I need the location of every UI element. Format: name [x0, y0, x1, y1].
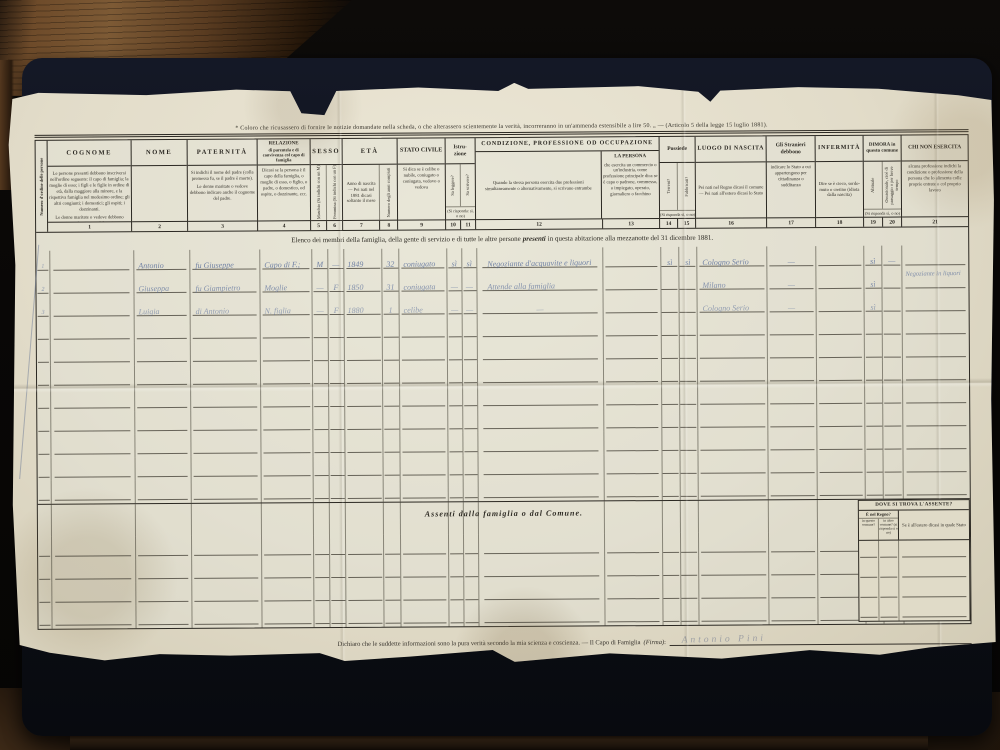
form-cell — [135, 457, 191, 480]
handwritten-entry: coniugato — [403, 260, 435, 269]
form-cell — [903, 383, 969, 406]
col-luogo-desc: Pei nati nel Regno dicasi il comune — Pe… — [696, 162, 766, 217]
form-cell — [37, 320, 51, 343]
form-cell: — — [313, 272, 329, 295]
col-dimora-header: DIMORA in questo comune Abituale Occasio… — [864, 136, 903, 227]
form-cell — [315, 558, 331, 581]
form-cell — [662, 408, 680, 431]
form-cell — [52, 536, 136, 560]
form-cell — [329, 318, 345, 341]
col-nome-header: NOME 2 — [132, 140, 189, 231]
form-cell — [818, 407, 866, 430]
col-istruzione-numbers: 10 11 — [446, 219, 475, 229]
form-cell — [51, 388, 135, 412]
absent-row — [859, 560, 969, 581]
form-cell: Negoziante d'acquavite e liquori — [477, 247, 603, 271]
col-sesso-header: SESSO Maschio (Si indichi con un M) Femm… — [311, 139, 344, 230]
form-cell — [261, 479, 314, 502]
handwritten-entry: 32 — [383, 261, 399, 269]
col-condizione-number: 12 — [476, 221, 602, 228]
form-cell — [661, 316, 679, 339]
form-cell — [38, 458, 52, 481]
form-cell — [817, 315, 865, 338]
form-cell: 1 — [383, 295, 400, 318]
form-cell — [604, 431, 662, 454]
absent-estero-label: Se è all'estero dicasi in quale Stato — [899, 510, 969, 539]
declaration-line: Dichiaro che le suddette informazioni so… — [338, 632, 972, 648]
handwritten-entry: — — [329, 261, 344, 269]
form-cell — [190, 318, 260, 341]
form-cell — [479, 533, 605, 557]
form-cell — [679, 270, 697, 293]
col-eta-anno-number: 7 — [343, 222, 379, 228]
form-cell — [262, 581, 315, 604]
form-cell — [261, 410, 314, 433]
col-istruzione-subcolumns: Sa leggere? Sa scrivere? — [446, 164, 475, 206]
form-cell: — — [882, 246, 902, 269]
handwritten-entry: Antonio — [138, 262, 163, 270]
col-eta-title: ETÀ — [343, 139, 397, 165]
col-relazione-title: RELAZIONE di parentela e di convivenza c… — [258, 139, 310, 165]
col-dimora-occasionale-number: 20 — [882, 218, 901, 227]
handwritten-entry: celibe — [404, 306, 423, 314]
form-cell — [478, 339, 604, 363]
form-cell — [191, 456, 261, 479]
handwritten-entry: M — [313, 261, 328, 269]
form-cell — [449, 580, 464, 603]
form-cell — [346, 558, 384, 581]
form-cell — [402, 603, 450, 626]
form-cell — [663, 579, 681, 602]
handwritten-entry: 31 — [383, 284, 399, 292]
form-cell — [884, 430, 904, 453]
form-cell — [191, 387, 261, 410]
form-cell: Milano — [697, 269, 768, 292]
handwritten-entry: 1 — [36, 263, 49, 271]
table-header: Numero d'ordine delle persone COGNOME Le… — [36, 135, 969, 233]
form-cell — [345, 387, 383, 410]
form-cell — [260, 364, 313, 387]
form-cell — [37, 435, 51, 458]
form-cell — [604, 362, 662, 385]
form-cell — [769, 476, 818, 499]
form-cell: 2 — [36, 274, 50, 297]
col-infermita-header: INFERMITÀ Dire se è cieco, sordo-muto o … — [816, 136, 865, 227]
form-cell — [383, 318, 400, 341]
form-cell — [463, 386, 478, 409]
col-sesso-subcolumns: Maschio (Si indichi con un M) Femmina (S… — [311, 165, 342, 220]
form-cell — [478, 431, 604, 455]
form-cell — [330, 479, 346, 502]
form-cell: 1850 — [345, 272, 383, 295]
handwritten-entry: — — [313, 307, 328, 315]
form-cell — [883, 407, 903, 430]
form-cell — [768, 338, 817, 361]
form-cell — [681, 602, 699, 625]
form-cell — [135, 365, 191, 388]
form-row — [38, 600, 970, 629]
form-cell: Capo di F.; — [260, 249, 313, 272]
form-cell — [346, 410, 384, 433]
col-stranieri-header: Gli Stranieri debbono indicare lo Stato … — [767, 136, 817, 227]
form-cell — [330, 433, 346, 456]
form-cell — [679, 293, 697, 316]
form-cell — [448, 340, 463, 363]
col-sa-scrivere-number: 11 — [460, 220, 475, 229]
form-cell — [448, 409, 463, 432]
form-cell — [51, 411, 135, 435]
form-cell: sì — [864, 246, 882, 269]
form-cell — [136, 582, 192, 605]
form-cell — [261, 433, 314, 456]
form-cell — [865, 407, 883, 430]
form-cell — [401, 557, 449, 580]
col-istruzione-note: (Si risponda: sì, o no) — [446, 206, 475, 219]
col-cognome-desc: Le persone presenti debbono inscriversi … — [48, 166, 131, 222]
handwritten-entry: coniugata — [403, 283, 435, 292]
form-cell — [135, 388, 191, 411]
col-persona-title: LA PERSONA — [603, 154, 658, 161]
form-cell — [698, 361, 769, 384]
form-cell: sì — [447, 248, 462, 271]
form-cell — [314, 456, 330, 479]
form-cell — [768, 361, 817, 384]
form-cell — [817, 384, 865, 407]
form-cell — [401, 432, 449, 455]
form-cell — [347, 604, 385, 627]
form-cell — [401, 455, 449, 478]
handwritten-entry: — — [768, 258, 816, 267]
form-cell — [315, 604, 331, 627]
form-cell — [817, 246, 865, 269]
col-sa-scrivere-label: Sa scrivere? — [465, 174, 470, 195]
presenti-title-pre: Elenco dei membri della famiglia, della … — [291, 235, 521, 244]
form-cell — [314, 410, 330, 433]
form-cell — [699, 601, 770, 624]
handwritten-entry: 1880 — [348, 307, 364, 315]
form-cell — [135, 480, 191, 503]
col-paternita-number: 3 — [188, 220, 257, 230]
form-cell — [330, 558, 346, 581]
form-cell: fu Giuseppe — [190, 249, 260, 272]
handwritten-entry: — — [768, 304, 816, 313]
col-stato-title: STATO CIVILE — [398, 138, 445, 164]
form-cell — [313, 387, 329, 410]
col-dimora-title: DIMORA in questo comune — [864, 136, 901, 162]
form-cell — [604, 339, 662, 362]
form-cell — [817, 292, 865, 315]
form-cell — [865, 361, 883, 384]
presenti-title-post: in questa abitazione alla mezzanotte del… — [548, 234, 713, 243]
col-dimora-subcolumns: Abituale Occasionale, cioè di passaggio … — [864, 162, 901, 209]
form-cell: di Antonio — [190, 295, 260, 318]
col-condizione-group-title: CONDIZIONE, PROFESSIONE OD OCCUPAZIONE — [476, 137, 659, 152]
form-cell — [904, 452, 970, 475]
form-cell — [400, 409, 448, 432]
col-nome-title: NOME — [132, 140, 187, 166]
form-cell: 31 — [383, 272, 400, 295]
form-cell: Cologno Serio — [697, 246, 768, 269]
handwritten-entry: 1849 — [348, 261, 364, 269]
handwritten-entry: F — [329, 284, 344, 292]
form-cell — [883, 269, 903, 292]
form-cell — [478, 385, 604, 409]
col-numero-label: Numero d'ordine delle persone — [39, 157, 44, 215]
col-terreni-label: Terreni? — [666, 179, 671, 194]
form-cell: — — [462, 271, 477, 294]
form-cell — [883, 292, 903, 315]
col-eta-anni-number: 8 — [380, 221, 398, 230]
form-cell — [865, 315, 883, 338]
form-cell — [383, 410, 400, 433]
form-cell: Negoziante in liquori — [903, 268, 969, 291]
form-cell — [384, 535, 401, 558]
handwritten-entry: Cologno Serio — [703, 304, 750, 313]
form-cell: — — [768, 269, 817, 292]
col-dimora-abituale-number: 19 — [864, 219, 882, 225]
handwritten-entry: — — [448, 306, 462, 314]
form-cell — [698, 430, 769, 453]
form-cell — [680, 431, 698, 454]
col-cognome-desc1: Le persone presenti debbono inscriversi … — [49, 170, 130, 212]
handwritten-entry: — — [462, 283, 476, 291]
col-relazione-header: RELAZIONE di parentela e di convivenza c… — [258, 139, 312, 230]
col-sesso-m-label: Maschio (Si indichi con un M) — [316, 166, 321, 220]
form-cell — [661, 270, 679, 293]
declaration-colon: : — [664, 639, 666, 646]
form-cell — [260, 318, 313, 341]
form-cell — [314, 433, 330, 456]
col-luogo-number: 16 — [696, 217, 766, 227]
handwritten-entry: 1 — [383, 307, 399, 315]
form-cell — [345, 318, 383, 341]
form-cell: Antonio — [134, 250, 190, 273]
form-cell — [385, 581, 402, 604]
form-cell: — — [768, 246, 817, 269]
col-eta-anni-label: Numero degli anni compiuti — [386, 167, 391, 217]
absent-location-subheader: È nel Regno? in questo comune? in altro … — [859, 510, 969, 541]
form-cell — [190, 341, 260, 364]
form-cell — [449, 534, 464, 557]
form-cell — [135, 411, 191, 434]
form-cell — [384, 479, 401, 502]
form-cell — [769, 430, 818, 453]
absent-questo-comune-label: in questo comune? — [859, 519, 879, 540]
form-cell — [883, 315, 903, 338]
col-infermita-number: 18 — [816, 217, 863, 227]
handwritten-entry: sì — [462, 260, 476, 268]
form-cell — [192, 604, 262, 627]
col-persona-number: 13 — [602, 219, 659, 228]
form-cell: 32 — [382, 249, 399, 272]
handwritten-entry: sì — [447, 260, 461, 268]
col-eta-subcolumns: Anno di nascita — Pei nati nel 1881 dica… — [343, 165, 397, 220]
wood-desk-bottom-edge — [0, 735, 1000, 750]
printed-form: * Coloro che ricusassero di fornire le n… — [34, 121, 971, 650]
handwritten-entry: — — [463, 306, 477, 314]
form-cell — [401, 478, 449, 501]
form-cell — [817, 361, 865, 384]
form-cell — [662, 385, 680, 408]
form-cell — [770, 578, 819, 601]
form-cell — [191, 433, 261, 456]
form-cell: — — [329, 249, 345, 272]
col-persona-desc: LA PERSONA che esercita un commercio o u… — [602, 151, 659, 218]
absent-location-box: DOVE SI TROVA L'ASSENTE? È nel Regno? in… — [858, 499, 971, 622]
form-cell — [770, 601, 819, 624]
form-cell — [400, 317, 448, 340]
form-cell — [51, 434, 135, 458]
form-cell — [817, 338, 865, 361]
form-cell — [450, 603, 465, 626]
absent-regno-label: È nel Regno? — [859, 511, 898, 519]
col-stato-header: STATO CIVILE Si dica se è celibe o nubil… — [398, 138, 447, 229]
form-cell: F — [329, 295, 345, 318]
form-cell — [661, 293, 679, 316]
form-cell — [331, 581, 347, 604]
form-cell — [817, 269, 865, 292]
col-condizione-desc: Quando la stessa persona esercita due pr… — [476, 151, 601, 219]
form-cell — [698, 476, 769, 499]
form-cell — [191, 479, 261, 502]
form-cell — [385, 604, 402, 627]
form-cell — [400, 363, 448, 386]
form-cell — [698, 407, 769, 430]
handwritten-entry: — — [882, 257, 901, 265]
census-table: Numero d'ordine delle persone COGNOME Le… — [35, 134, 972, 630]
form-cell — [345, 341, 383, 364]
handwritten-entry: sì — [679, 259, 696, 267]
col-paternita-desc1: Si indichi il nome del padre (colla prem… — [189, 170, 256, 182]
col-condizione-numbers: 12 13 — [476, 218, 659, 229]
form-cell — [883, 384, 903, 407]
handwritten-entry: Giuseppa — [139, 285, 170, 294]
form-cell — [135, 342, 191, 365]
col-stranieri-desc: indicare lo Stato a cui appartengono per… — [767, 162, 815, 217]
col-fabbricati-label: Fabbricati? — [684, 176, 689, 196]
form-cell: sì — [865, 269, 883, 292]
form-cell — [51, 319, 135, 343]
absent-location-title: DOVE SI TROVA L'ASSENTE? — [859, 500, 969, 511]
form-cell — [313, 341, 329, 364]
form-cell — [329, 341, 345, 364]
form-cell — [383, 341, 400, 364]
col-persona-desc-text: che esercita un commercio o un'industria… — [603, 162, 658, 198]
head-of-family-signature: Antonio Pini — [682, 634, 767, 646]
form-cell — [330, 535, 346, 558]
handwritten-entry: sì — [865, 281, 882, 289]
form-cell — [384, 456, 401, 479]
form-cell: Giuseppa — [134, 273, 190, 296]
form-cell — [663, 533, 681, 556]
form-cell: Cologno Serio — [697, 292, 768, 315]
form-cell — [605, 602, 663, 625]
form-cell — [769, 453, 818, 476]
form-cell — [464, 557, 479, 580]
declaration-firma-label: (Firma) — [644, 639, 665, 646]
form-cell — [315, 581, 331, 604]
handwritten-entry: Milano — [703, 282, 726, 290]
col-chinon-desc: alcuna professione indichi la condizione… — [902, 161, 968, 216]
form-cell: F — [329, 272, 345, 295]
handwritten-entry: sì — [661, 259, 678, 267]
handwritten-entry: 2 — [36, 286, 49, 294]
form-cell — [662, 454, 680, 477]
form-cell — [52, 480, 136, 504]
form-cell — [38, 481, 52, 504]
form-cell — [603, 293, 661, 316]
form-cell — [769, 384, 818, 407]
form-cell — [478, 408, 604, 432]
absent-row — [859, 540, 969, 561]
form-cell: Moglie — [260, 272, 313, 295]
col-cognome-header: COGNOME Le persone presenti debbono insc… — [48, 140, 133, 232]
form-cell — [699, 555, 770, 578]
absent-regno-cell: È nel Regno? in questo comune? in altro … — [859, 511, 899, 540]
form-cell — [818, 453, 866, 476]
form-cell — [448, 363, 463, 386]
form-cell — [463, 363, 478, 386]
col-chinon-number: 21 — [902, 216, 968, 226]
handwritten-entry: sì — [865, 304, 882, 312]
col-luogo-title: LUOGO DI NASCITA — [696, 136, 766, 162]
form-cell: sì — [679, 247, 697, 270]
form-cell — [680, 362, 698, 385]
form-cell — [662, 362, 680, 385]
col-paternita-header: PATERNITÀ Si indichi il nome del padre (… — [188, 139, 259, 230]
form-cell — [698, 384, 769, 407]
form-cell — [699, 532, 770, 555]
handwritten-entry: Cologno Serio — [702, 258, 749, 267]
form-cell — [37, 389, 51, 412]
handwritten-entry: di Antonio — [196, 307, 230, 316]
form-cell — [313, 318, 329, 341]
form-cell — [262, 558, 315, 581]
col-sa-leggere-label: Sa leggere? — [450, 175, 455, 195]
form-cell — [603, 247, 661, 270]
handwritten-entry: 3 — [37, 309, 50, 317]
col-dimora-note: (Si risponda sì, o no) — [864, 209, 901, 217]
presenti-rows: 1Antoniofu GiuseppeCapo di F.;M—184932co… — [36, 245, 970, 505]
form-cell — [346, 479, 384, 502]
handwritten-entry: — — [448, 283, 462, 291]
form-cell — [463, 432, 478, 455]
form-cell: M — [313, 249, 329, 272]
form-cell — [384, 558, 401, 581]
form-cell — [449, 478, 464, 501]
col-paternita-desc2: Le donne maritate o vedove debbono indic… — [189, 183, 256, 201]
absent-row — [859, 600, 969, 621]
form-cell — [604, 454, 662, 477]
form-cell — [479, 454, 605, 478]
form-cell — [37, 366, 51, 389]
form-cell — [448, 386, 463, 409]
form-cell — [191, 364, 261, 387]
form-cell: coniugato — [399, 248, 447, 271]
form-cell — [679, 316, 697, 339]
form-cell — [604, 477, 662, 500]
col-sesso-numbers: 5 6 — [311, 220, 342, 230]
handwritten-entry: — — [313, 284, 328, 292]
form-cell — [603, 270, 661, 293]
form-cell: — — [478, 293, 604, 317]
form-cell — [449, 557, 464, 580]
form-cell — [680, 385, 698, 408]
col-possiede-note: (Si risponda sì, o no) — [660, 210, 695, 218]
col-stato-desc: Si dica se è celibe o nubile, coniugato … — [398, 164, 445, 219]
col-sesso-f-number: 6 — [326, 221, 342, 230]
col-chinon-title: CHI NON ESERCITA — [902, 135, 968, 161]
